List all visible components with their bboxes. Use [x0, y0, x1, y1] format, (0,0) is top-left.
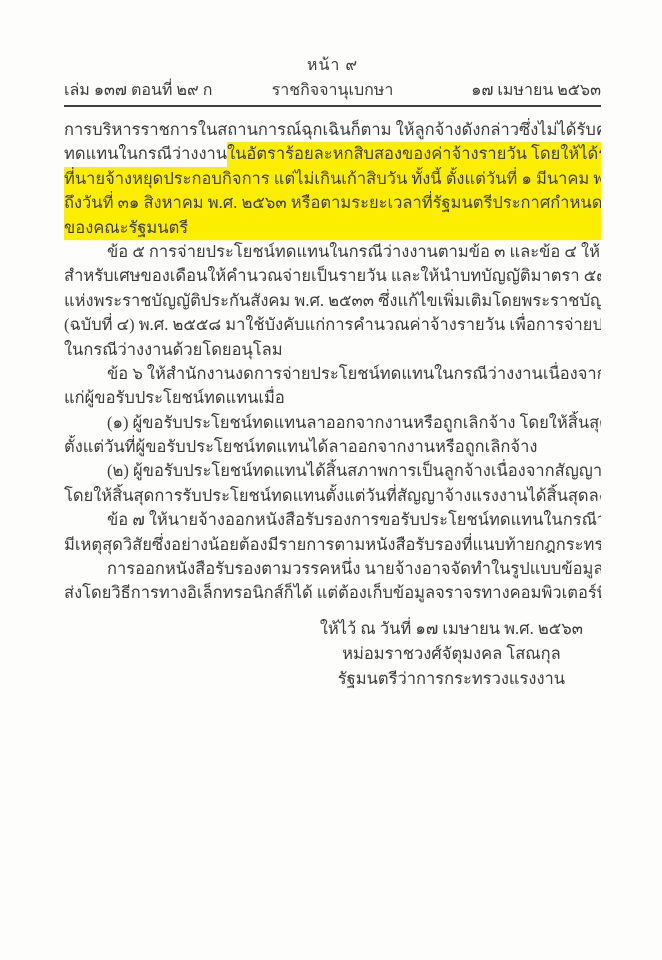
- body-line-clause-7: ข้อ ๗ ให้นายจ้างออกหนังสือรับรองการขอรับ…: [64, 508, 601, 532]
- body-line-item-1: (๑) ผู้ขอรับประโยชน์ทดแทนลาออกจากงานหรือ…: [64, 411, 601, 435]
- body-line: ในกรณีว่างงานด้วยโดยอนุโลม: [64, 338, 601, 362]
- gazette-title: ราชกิจจานุเบกษา: [64, 79, 601, 103]
- body-line: สำหรับเศษของเดือนให้คำนวณจ่ายเป็นรายวัน …: [64, 264, 601, 288]
- highlighted-text: ของคณะรัฐมนตรี: [64, 216, 601, 240]
- body-line: โดยให้สิ้นสุดการรับประโยชน์ทดแทนตั้งแต่ว…: [64, 484, 601, 508]
- body-line-clause-5: ข้อ ๕ การจ่ายประโยชน์ทดแทนในกรณีว่างงานต…: [64, 240, 601, 264]
- gazette-header-row: เล่ม ๑๓๗ ตอนที่ ๒๙ ก ราชกิจจานุเบกษา ๑๗ …: [64, 79, 601, 103]
- body-line: ส่งโดยวิธีการทางอิเล็กทรอนิกส์ก็ได้ แต่ต…: [64, 581, 601, 605]
- body-line: ทดแทนในกรณีว่างงาน ในอัตราร้อยละหกสิบสอง…: [64, 142, 601, 166]
- body-line: แห่งพระราชบัญญัติประกันสังคม พ.ศ. ๒๕๓๓ ซ…: [64, 289, 601, 313]
- body-line: (ฉบับที่ ๔) พ.ศ. ๒๕๕๘ มาใช้บังคับแก่การค…: [64, 313, 601, 337]
- body-line: ตั้งแต่วันที่ผู้ขอรับประโยชน์ทดแทนได้ลาอ…: [64, 435, 601, 459]
- highlighted-text: ถึงวันที่ ๓๑ สิงหาคม พ.ศ. ๒๕๖๓ หรือตามระ…: [64, 191, 601, 215]
- promulgation-date: ให้ไว้ ณ วันที่ ๑๗ เมษายน พ.ศ. ๒๕๖๓: [320, 616, 583, 641]
- header-rule: [64, 105, 601, 107]
- page-content: หน้า ๙ เล่ม ๑๓๗ ตอนที่ ๒๙ ก ราชกิจจานุเบ…: [64, 55, 601, 691]
- signatory-title: รัฐมนตรีว่าการกระทรวงแรงงาน: [320, 666, 583, 691]
- signatory-name: หม่อมราชวงศ์จัตุมงคล โสณกุล: [320, 641, 583, 666]
- body-line-clause-6: ข้อ ๖ ให้สำนักงานงดการจ่ายประโยชน์ทดแทนใ…: [64, 362, 601, 386]
- signature-block: ให้ไว้ ณ วันที่ ๑๗ เมษายน พ.ศ. ๒๕๖๓ หม่อ…: [320, 616, 583, 691]
- gazette-page: หน้า ๙ เล่ม ๑๓๗ ตอนที่ ๒๙ ก ราชกิจจานุเบ…: [0, 0, 662, 960]
- body-line: แก่ผู้ขอรับประโยชน์ทดแทนเมื่อ: [64, 386, 601, 410]
- body-line-item-2: (๒) ผู้ขอรับประโยชน์ทดแทนได้สิ้นสภาพการเ…: [64, 459, 601, 483]
- body-line: การบริหารราชการในสถานการณ์ฉุกเฉินก็ตาม ใ…: [64, 118, 601, 142]
- body-line-text: ทดแทนในกรณีว่างงาน: [64, 142, 227, 166]
- highlighted-text: ในอัตราร้อยละหกสิบสองของค่าจ้างรายวัน โด…: [227, 142, 601, 166]
- body-line: การออกหนังสือรับรองตามวรรคหนึ่ง นายจ้างอ…: [64, 557, 601, 581]
- page-number-label: หน้า ๙: [64, 55, 601, 77]
- document-body: การบริหารราชการในสถานการณ์ฉุกเฉินก็ตาม ใ…: [64, 118, 601, 606]
- highlighted-text: ที่นายจ้างหยุดประกอบกิจการ แต่ไม่เกินเก้…: [64, 167, 601, 191]
- body-line: มีเหตุสุดวิสัยซึ่งอย่างน้อยต้องมีรายการต…: [64, 533, 601, 557]
